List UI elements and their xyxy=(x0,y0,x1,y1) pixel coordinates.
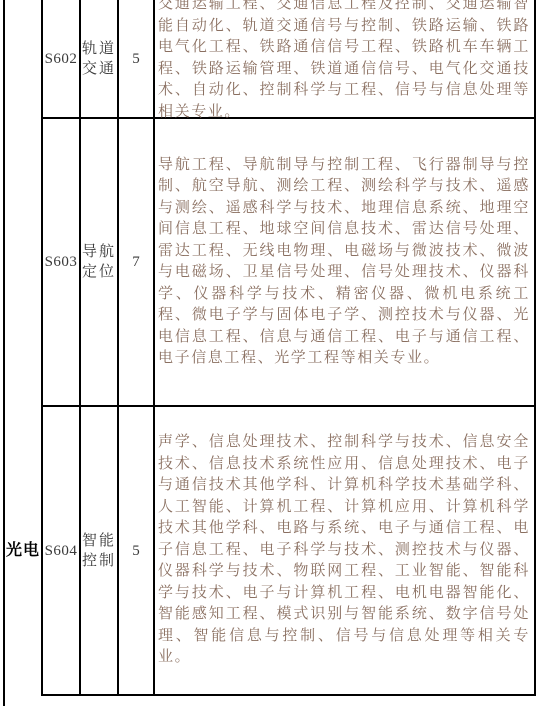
table-border-right xyxy=(534,0,536,696)
count-cell: 5 xyxy=(119,407,153,694)
count-cell: 5 xyxy=(119,0,153,117)
group-label: 光电 xyxy=(5,537,41,560)
category-cell: 智能控制 xyxy=(81,407,117,694)
table-border-bottom xyxy=(41,694,536,696)
table-border-left xyxy=(3,0,5,706)
majors-text: 导航工程、导航制导与控制工程、飞行器制导与控制、航空导航、测绘工程、测绘科学与技… xyxy=(158,155,530,370)
column-divider-count xyxy=(153,0,155,696)
code-cell: S602 xyxy=(43,0,79,117)
category-cell: 轨道交通 xyxy=(81,0,117,117)
code-cell: S604 xyxy=(43,407,79,694)
majors-text: 交通运输工程、交通信息工程及控制、交通运输智能自动化、轨道交通信号与控制、铁路运… xyxy=(158,0,530,123)
code-cell: S603 xyxy=(43,119,79,405)
category-cell: 导航定位 xyxy=(81,119,117,405)
majors-cell: 交通运输工程、交通信息工程及控制、交通运输智能自动化、轨道交通信号与控制、铁路运… xyxy=(158,0,530,117)
majors-text: 声学、信息处理技术、控制科学与技术、信息安全技术、信息技术系统性应用、信息处理技… xyxy=(158,432,530,669)
count-cell: 7 xyxy=(119,119,153,405)
majors-cell: 导航工程、导航制导与控制工程、飞行器制导与控制、航空导航、测绘工程、测绘科学与技… xyxy=(158,119,530,405)
document-page: 光电 S602 轨道交通 5 交通运输工程、交通信息工程及控制、交通运输智能自动… xyxy=(0,0,545,706)
majors-cell: 声学、信息处理技术、控制科学与技术、信息安全技术、信息技术系统性应用、信息处理技… xyxy=(158,407,530,694)
